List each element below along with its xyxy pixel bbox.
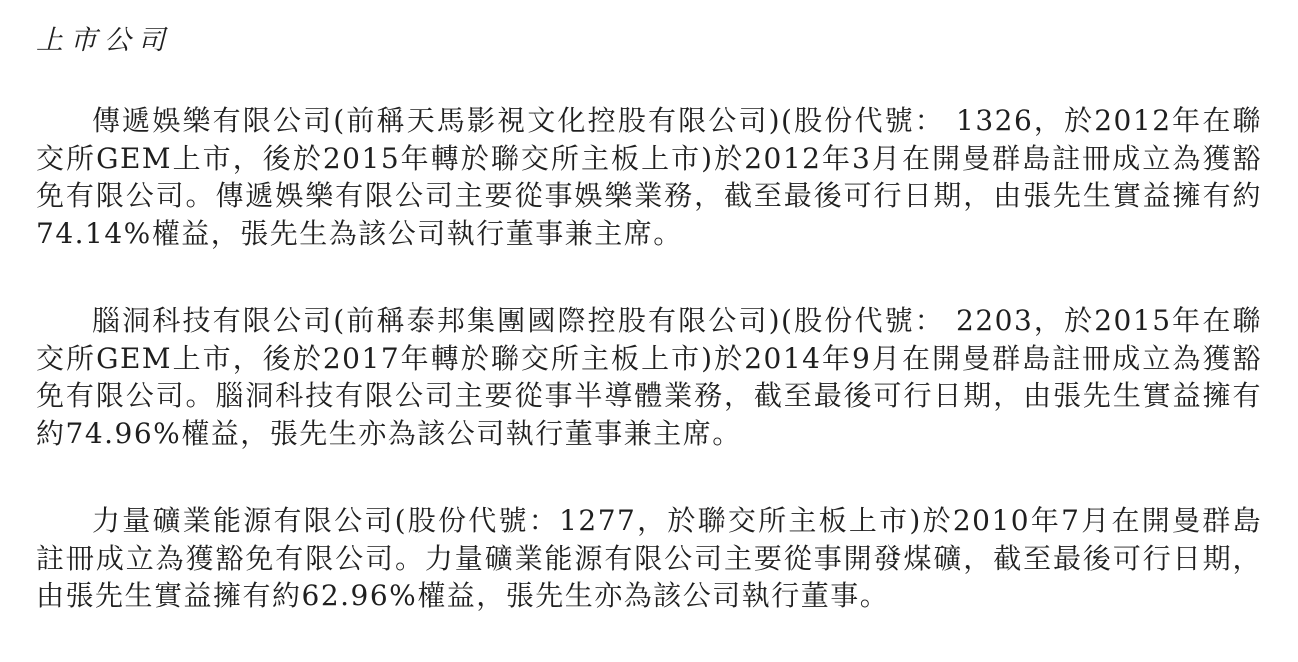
paragraph-company-3: 力量礦業能源有限公司(股份代號：1277，於聯交所主板上市)於2010年7月在開… [36, 502, 1262, 615]
paragraph-company-1: 傳遞娛樂有限公司(前稱天馬影視文化控股有限公司)(股份代號： 1326，於201… [36, 102, 1262, 252]
document-page: 上市公司 傳遞娛樂有限公司(前稱天馬影視文化控股有限公司)(股份代號： 1326… [0, 0, 1298, 662]
paragraph-company-2: 腦洞科技有限公司(前稱泰邦集團國際控股有限公司)(股份代號： 2203，於201… [36, 302, 1262, 452]
section-heading: 上市公司 [36, 24, 1262, 58]
